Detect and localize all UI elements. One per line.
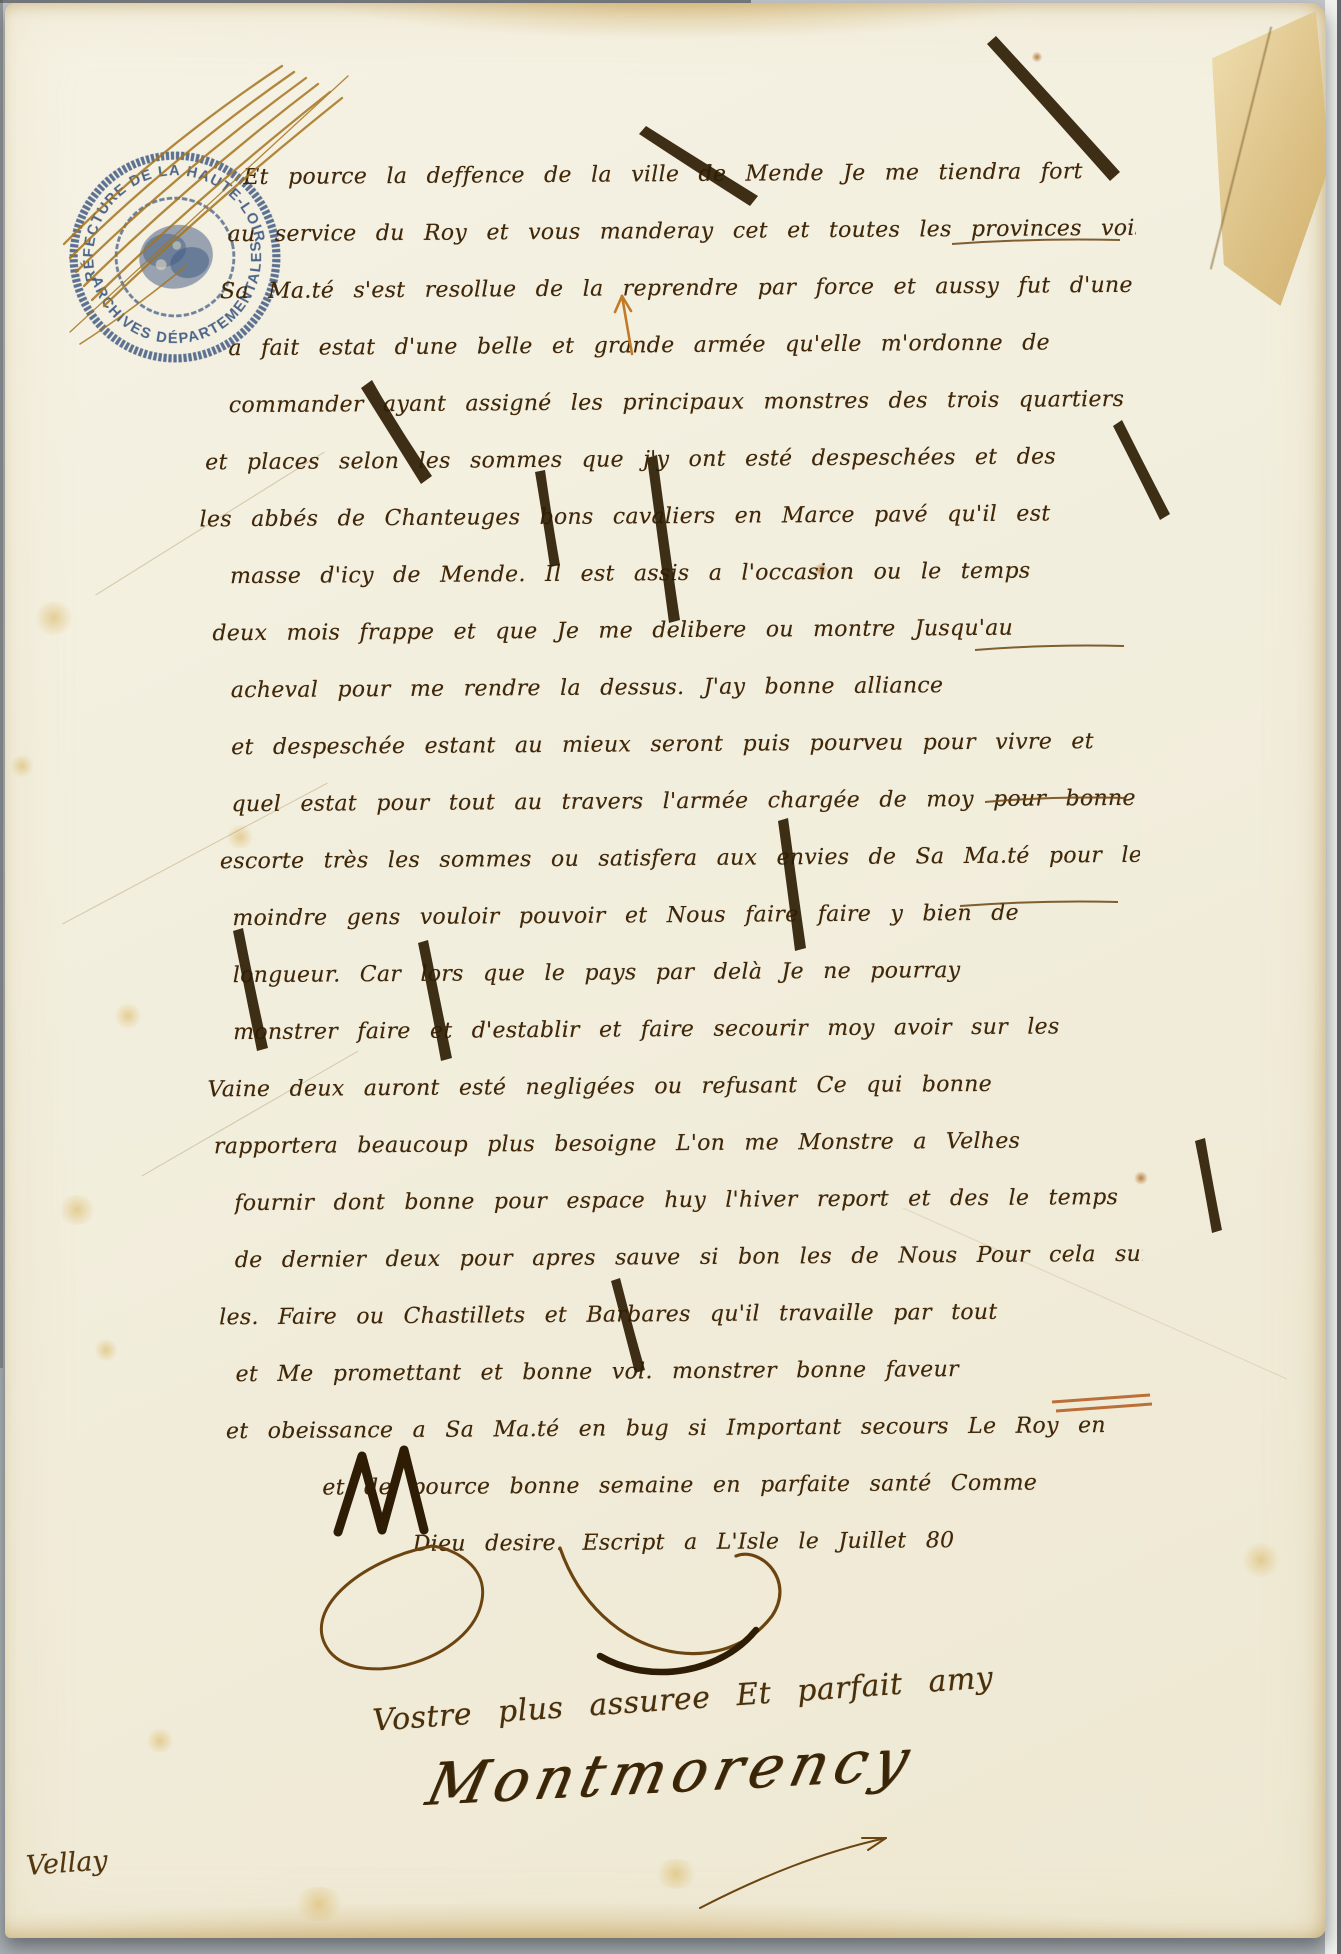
manuscript-body: Et pource la deffence de la ville de Men… (227, 143, 1145, 1574)
stain-spot (113, 1003, 143, 1029)
manuscript-line: quel estat pour tout au travers l'armée … (231, 770, 1139, 833)
stain-spot (9, 755, 35, 777)
stain-spot (291, 1887, 347, 1921)
manuscript-line: deux mois frappe et que Je me delibere o… (212, 599, 1138, 662)
stain-spot (1241, 1543, 1281, 1577)
stain-spot (33, 601, 75, 635)
manuscript-line: les abbés de Chanteuges bons cavaliers e… (199, 485, 1137, 549)
manuscript-line: rapportera beaucoup plus besoigne L'on m… (214, 1112, 1142, 1175)
scan-edge-top (0, 0, 751, 3)
manuscript-line: Dieu desire. Escript a L'Isle le Juillet… (413, 1511, 1145, 1573)
stain-spot (653, 1859, 699, 1889)
stamp-emblem (133, 218, 219, 296)
manuscript-line: et de pource bonne semaine en parfaite s… (322, 1454, 1144, 1517)
manuscript-line: a fait estat d'une belle et grande armée… (228, 314, 1136, 377)
scan-edge-right (1337, 0, 1341, 1954)
manuscript-line: et despeschée estant au mieux seront pui… (231, 713, 1139, 776)
manuscript-line: Sa Ma.té s'est resollue de la reprendre … (220, 257, 1136, 320)
manuscript-line: escorte très les sommes ou satisfera aux… (220, 827, 1140, 890)
stain-spot (57, 1195, 97, 1225)
manuscript-line: au service du Roy et vous manderay cet e… (227, 200, 1135, 263)
folded-corner (1212, 11, 1326, 306)
manuscript-line: longueur. Car lors que le pays par delà … (233, 941, 1141, 1004)
manuscript-line: monstrer faire et d'establir et faire se… (233, 998, 1141, 1061)
archivist-corner-note: Vellay (25, 1845, 109, 1882)
stain-bottom-edge (5, 1900, 1326, 1938)
stain-spot (145, 1729, 175, 1753)
stain-top-edge (293, 3, 1063, 51)
manuscript-line: acheval pour me rendre la dessus. J'ay b… (231, 656, 1139, 719)
manuscript-line: et obeissance a Sa Ma.té en bug si Impor… (226, 1397, 1144, 1460)
stain-spot (93, 1339, 119, 1361)
manuscript-line: masse d'icy de Mende. Il est assis a l'o… (230, 542, 1138, 605)
manuscript-line: et Me promettant et bonne vol. monstrer … (235, 1340, 1143, 1403)
manuscript-line: moindre gens vouloir pouvoir et Nous fai… (232, 884, 1140, 947)
rust-fleck (1031, 51, 1043, 63)
manuscript-scan: PRÉFECTURE DE LA HAUTE-LOIRE ARCHIVES DÉ… (0, 0, 1341, 1954)
manuscript-line: de dernier deux pour apres sauve si bon … (235, 1226, 1143, 1289)
manuscript-line: commander ayant assigné les principaux m… (229, 371, 1137, 434)
manuscript-line: fournir dont bonne pour espace huy l'hiv… (234, 1169, 1142, 1232)
manuscript-line: Vaine deux auront esté negligées ou refu… (207, 1055, 1141, 1119)
manuscript-line: les. Faire ou Chastillets et Barbares qu… (219, 1283, 1143, 1346)
manuscript-line: et places selon les sommes que j'y ont e… (205, 428, 1137, 492)
manuscript-line: Et pource la deffence de la ville de Men… (243, 143, 1135, 206)
scan-edge-left (0, 0, 3, 1368)
